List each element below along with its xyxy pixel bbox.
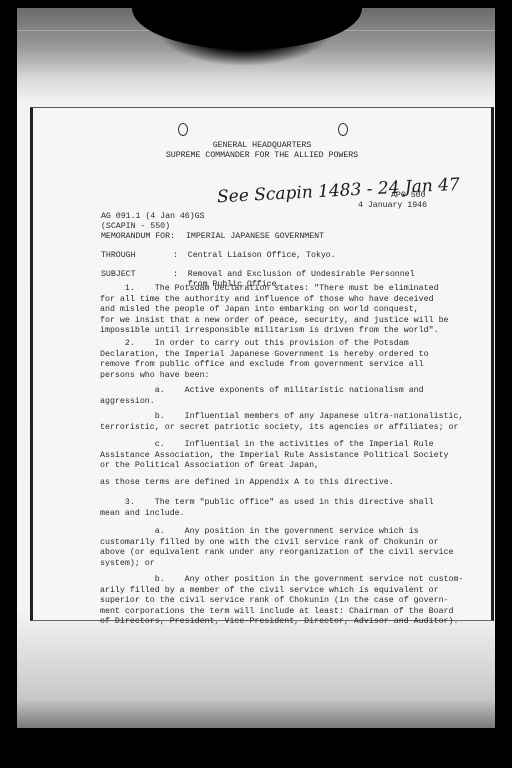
scan-shadow: [132, 8, 362, 50]
paragraph: b. Influential members of any Japanese u…: [100, 412, 475, 433]
subject-label: SUBJECT: [101, 270, 136, 281]
memorandum-label: MEMORANDUM FOR:: [101, 232, 175, 243]
paragraph-line: for we insist that a new order of peace,…: [100, 316, 475, 327]
paragraph: a. Active exponents of militaristic nati…: [100, 386, 475, 407]
paragraph-line: of Directors, President, Vice-President,…: [100, 617, 475, 628]
punch-hole-icon: [178, 123, 188, 136]
paragraph-line: b. Any other position in the government …: [100, 575, 475, 586]
reference-number: AG 091.1 (4 Jan 46)GS: [101, 212, 205, 223]
paragraph-line: arily filled by a member of the civil se…: [100, 586, 475, 597]
document-date: 4 January 1946: [358, 201, 427, 212]
paragraph: a. Any position in the government servic…: [100, 527, 475, 569]
paragraph-line: c. Influential in the activities of the …: [100, 440, 475, 451]
paragraph-line: for all time the authority and influence…: [100, 295, 475, 306]
paragraph-line: Declaration, the Imperial Japanese Gover…: [100, 350, 475, 361]
paragraph: 1. The Potsdam Declaration states: "Ther…: [100, 284, 475, 337]
scapin-number: (SCAPIN - 550): [101, 222, 170, 233]
paragraph-line: impossible until irresponsible militaris…: [100, 326, 475, 337]
paragraph-line: ment corporations the term will include …: [100, 607, 475, 618]
through-label: THROUGH: [101, 251, 136, 262]
paragraph-line: terroristic, or secret patriotic society…: [100, 423, 475, 434]
paragraph-line: a. Active exponents of militaristic nati…: [100, 386, 475, 397]
paragraph-line: or the Political Association of Great Ja…: [100, 461, 475, 472]
header-line-1: GENERAL HEADQUARTERS: [33, 141, 491, 152]
paragraph-line: 1. The Potsdam Declaration states: "Ther…: [100, 284, 475, 295]
paragraph-line: persons who have been:: [100, 371, 475, 382]
paragraph-line: superior to the civil service rank of Ch…: [100, 596, 475, 607]
paragraph-line: as those terms are defined in Appendix A…: [100, 478, 475, 489]
paragraph-line: aggression.: [100, 397, 475, 408]
paragraph-line: a. Any position in the government servic…: [100, 527, 475, 538]
paragraph-line: customarily filled by one with the civil…: [100, 538, 475, 549]
paragraph: c. Influential in the activities of the …: [100, 440, 475, 472]
paragraph: b. Any other position in the government …: [100, 575, 475, 628]
paragraph-line: 3. The term "public office" as used in t…: [100, 498, 475, 509]
paragraph-line: 2. In order to carry out this provision …: [100, 339, 475, 350]
memorandum-recipient: IMPERIAL JAPANESE GOVERNMENT: [186, 232, 324, 243]
paragraph-line: Assistance Association, the Imperial Rul…: [100, 451, 475, 462]
paragraph-line: and misled the people of Japan into emba…: [100, 305, 475, 316]
paragraph-line: mean and include.: [100, 509, 475, 520]
paragraph-line: remove from public office and exclude fr…: [100, 360, 475, 371]
through-value: : Central Liaison Office, Tokyo.: [173, 251, 336, 262]
paragraph: 3. The term "public office" as used in t…: [100, 498, 475, 519]
paragraph-line: above (or equivalent rank under any reor…: [100, 548, 475, 559]
paragraph-line: b. Influential members of any Japanese u…: [100, 412, 475, 423]
paragraph-line: system); or: [100, 559, 475, 570]
paragraph: 2. In order to carry out this provision …: [100, 339, 475, 381]
punch-hole-icon: [338, 123, 348, 136]
subject-line-1: : Removal and Exclusion of Undesirable P…: [173, 270, 415, 281]
header-line-2: SUPREME COMMANDER FOR THE ALLIED POWERS: [33, 151, 491, 162]
paragraph: as those terms are defined in Appendix A…: [100, 478, 475, 489]
